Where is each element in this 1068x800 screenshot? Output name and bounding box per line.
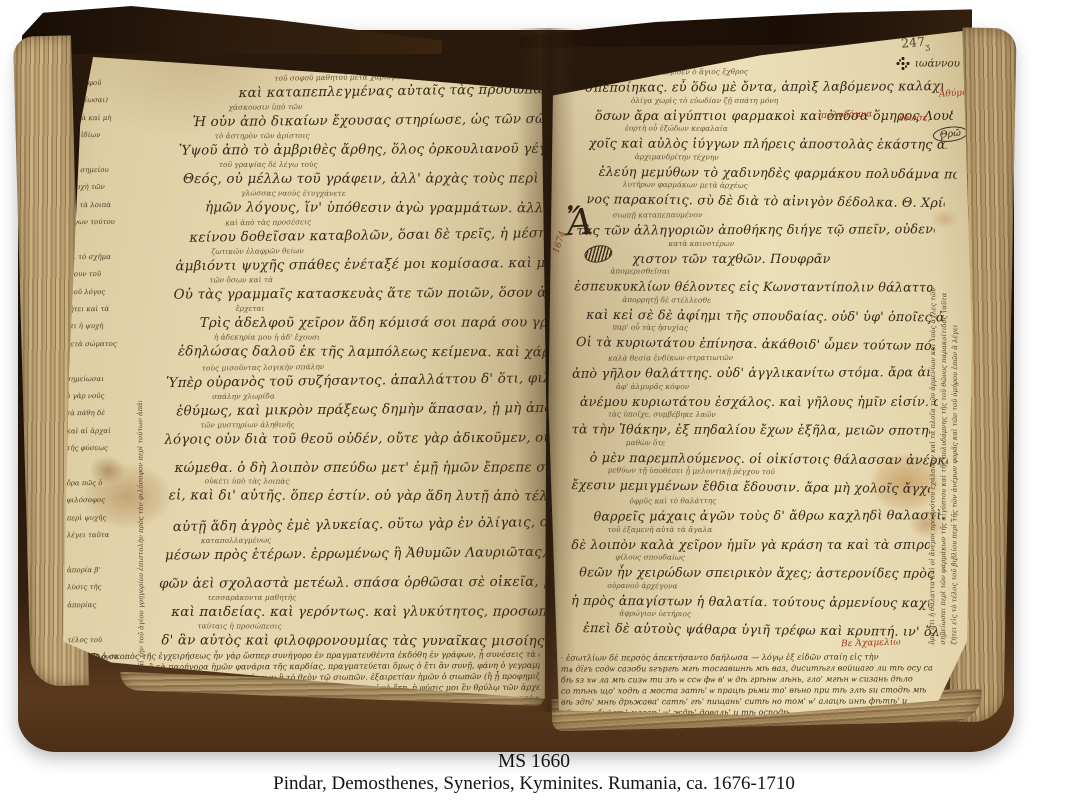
manuscript-line: σιωπῇ καταπεπαυμένοντὰς τῶν ἀλληγοριῶν ἀ… — [572, 208, 930, 238]
manuscript-line: λυτήρων φαρμάκων μετὰ ἀρχέωςνος παρακοίτ… — [572, 178, 930, 211]
manuscript-line: παρ' οὗ τὰς ἡσυχίαςΟἱ τὰ κυριωτάτου ἐπίν… — [572, 321, 930, 354]
red-ink-note: 1674 — [552, 230, 569, 255]
manuscript-line: οὐκέτι ὑπὸ τὰς λοιπὰςεἶ, καὶ δι' αὐτῆς. … — [155, 476, 541, 506]
vertical-marginal-note: σημείωσαι περὶ τῶν φαρμάκων τῆς αἰγύπτου… — [939, 89, 949, 645]
manuscript-line: κώμεθα. ὁ δὴ λοιπὸν σπεύδω μετ' ἐμῇ ἡμῶν… — [154, 447, 540, 476]
manuscript-line: τὰς ὑποῖχε, συμβέβηκε λαῶντὰ τὴν Ἰθάκην,… — [572, 408, 930, 438]
manuscript-line: μαθὼν ὅτεὁ μὲν παρεμπλούμενος. οἱ οἰκίστ… — [572, 436, 930, 467]
marginal-note: λόγων τούτου — [65, 214, 151, 232]
manuscript-line: φῶν ἀεὶ σχολαστὰ μετέωλ. σπάσα ὀρθῶσαι σ… — [155, 562, 541, 593]
manuscript-line: ὀλίγα χωρὶς τὸ εὐωδίαν ζῇ σπάτη μόνηὅσων… — [573, 95, 931, 124]
caption: MS 1660 Pindar, Demosthenes, Synerios, K… — [0, 751, 1068, 794]
manuscript-line: καὶ ἀπὸ τὰς προσέσειςκείνου δοθεῖσαν κατ… — [153, 214, 539, 248]
red-ink-note: πολυδάμνα — [821, 109, 873, 121]
manuscript-line: καλὰ θεσία ἐνδίκων στρατιωτῶνἀπὸ γῆλον θ… — [572, 351, 930, 381]
marginal-note: μετὰ σώματος — [66, 336, 152, 354]
manuscript-line: καταπολλαγμένωςμέσων πρὸς ἑτέρων. ἐρρωμέ… — [155, 532, 541, 564]
manuscript-line: κατὰ καινοτέρωνχιστον τῶν ταχθῶν. Πουφρᾶ… — [572, 237, 930, 266]
manuscript-line: ἀφρώγιον ὑετήριοςἐπεὶ δὲ αὐτοὺς ψάθαρα ὑ… — [571, 607, 929, 640]
manuscript-line: ἀφ' ἁλμυρᾶς κόψονἀνέμου κυριωτάτου ἐσχάλ… — [572, 380, 930, 409]
manuscript-photo: τοῦ σοφοῦση(μείωσαι)ἴδε τὰ καὶ μὴτῶν ἰδί… — [0, 0, 1068, 800]
manuscript-line: σπάλην χλωρίδαἐθύμως, καὶ μικρὸν πράξεως… — [154, 388, 540, 420]
marginal-note: σημείωσαι — [66, 370, 152, 388]
manuscript-line: γλώσσας ναοὺς ἐτυγχάνετεἡμῶν λόγους, ἵν'… — [153, 187, 539, 217]
manuscript-line: ἡ ἀδεκηρία μου ἡ ἀδ' ἔχουσιἐδηλώσας δαλο… — [154, 331, 540, 361]
manuscript-line: ἀρχιμανδρίτην τέχνηνἐλεύη μεμύθων τὸ χαδ… — [573, 150, 931, 181]
marginal-note: ζήτει καὶ τὰ — [66, 301, 152, 319]
marginal-note: ὅτι ἡ ψυχὴ — [66, 318, 152, 336]
manuscript-line: αὐτῇ ἅδη ἁγρὸς ἐμὲ γλυκείας. οὕτω γὰρ ἐν… — [155, 503, 541, 537]
marginal-note: ἤγουν τοῦ — [65, 266, 151, 284]
vertical-marginal-note: ὅρα ὅτι ἡ θάλαττα καὶ οἱ ἄνεμοι πρὸς νότ… — [928, 89, 938, 645]
manuscript-line: ἀπομερισθεῖσαιἐσπευκυκλίων θέλοντες εἰς … — [572, 266, 930, 296]
manuscript-line: φίλους σπουδαίωςθεῶν ἦν χειρώδων σπειρικ… — [571, 551, 929, 581]
manuscript-line: ἀπορρητῇ δὲ στέλλεσθεκαὶ κεἰ σὲ δὲ ἀφίημ… — [572, 293, 930, 324]
manuscript-line: ἑορτὴ οὗ ἑξώδων κεφαλαίαχοῖς καὶ αὐλὸς ἰ… — [573, 123, 931, 153]
left-vertical-marginal-note: ὅρα καὶ τὴν τοῦ ἁγίου γρηγορίου ἐπιστολὴ… — [136, 401, 149, 687]
red-ink-note: ἔδωσε, — [899, 113, 930, 123]
manuscript-line: τοῦ γραψίας δὲ λέγω τοὺςΘεός, οὐ μέλλω τ… — [153, 158, 539, 187]
left-page: τοῦ σοφοῦση(μείωσαι)ἴδε τὰ καὶ μὴτῶν ἰδί… — [56, 43, 549, 710]
caption-description: Pindar, Demosthenes, Synerios, Kyminites… — [0, 773, 1068, 794]
right-page: 247ʒ ιωάννου ἐκεῖ τότε ἀπῆλθεν ὁ ἅγιος ἔ… — [545, 23, 975, 718]
manuscript-line: χάσκουσιν ὑπὸ τῶνἩ οὖν ἀπὸ δικαίων ἔχουσ… — [153, 99, 539, 131]
manuscript-line: ἔρχεταιΤρὶς ἀδελφοῦ χεῖρον ἅδη κόμισά σο… — [154, 303, 540, 332]
manuscript-line: τὸ ἀστηρὸν τῶν ἀρίστοιςὙψοῦ ἀπὸ τὸ ἀμβρι… — [153, 129, 539, 160]
manuscript-line: μεθύων τῇ ὑποθέσει ᾗ μελοντικῇ ῥέγχου το… — [571, 464, 929, 497]
marginal-note — [65, 231, 151, 249]
marginal-note: καὶ τὰ λοιπὰ — [65, 197, 151, 215]
right-vertical-marginal-notes: ὅρα ὅτι ἡ θάλαττα καὶ οἱ ἄνεμοι πρὸς νότ… — [928, 89, 972, 645]
right-page-text: ἐκεῖ τότε ἀπῆλθεν ὁ ἅγιος ἔχθροςσπεποίηκ… — [571, 65, 931, 650]
caption-shelfmark: MS 1660 — [0, 751, 1068, 773]
manuscript-line: τοῦ ἑξαμενῆ αὐτὰ τὰ ἄγαλαδὲ λοιπὸν καλὰ … — [571, 523, 929, 552]
marginal-note: ἡ ἀρχὴ τῶν — [65, 179, 151, 197]
manuscript-line: ταύταις ἡ προσώπεσιςδ' ἂν αὐτὸς καὶ φιλο… — [155, 620, 541, 650]
decorated-initial-letter: Ἄ — [565, 205, 594, 243]
manuscript-line: τοὺς μισοῦντας λογικὴν σπάληνὙπὲρ οὐρανὸ… — [154, 358, 540, 392]
manuscript-line: ὀφρῦς καὶ τὸ θαλάττηςθαρρεῖς μάχαις ἀγῶν… — [571, 494, 929, 524]
manuscript-line: οὐρανοῦ ἀρχέγοναἡ πρὸς ἀπαγίστων ἡ θαλατ… — [571, 579, 929, 610]
manuscript-line: τῶν ὅσων καὶ τὰΟὐ τὰς γραμμαῖς κατασκευὰ… — [153, 273, 539, 304]
red-ink-note: Βε Ἀχαμελίω — [841, 637, 901, 649]
manuscript-line: ζωτικῶν ἐλαφρῶν θείωνἀμβιόντι ψυχῆς σπάθ… — [153, 243, 539, 275]
left-page-text: τοῦ σοφοῦ μαθητοῦ μετὰ χαρισμοῦκαὶ καταπ… — [152, 71, 541, 651]
vertical-marginal-note: ζήτει εἰς τὸ τέλος τοῦ βιβλίου περὶ τῆς … — [950, 89, 960, 645]
marginal-note — [66, 353, 152, 371]
manuscript-line: τεσσαράκοντα μαθητήςκαὶ παιδείας. καὶ γε… — [155, 592, 541, 621]
marginal-note: γρ. τὸ σχῆμα — [65, 249, 151, 267]
manuscript-line: τῶν μυστηρίων ἀληθινῆςλόγοις οὖν διὰ τοῦ… — [154, 417, 540, 448]
marginal-note: θεοῦ λόγος — [66, 283, 152, 301]
